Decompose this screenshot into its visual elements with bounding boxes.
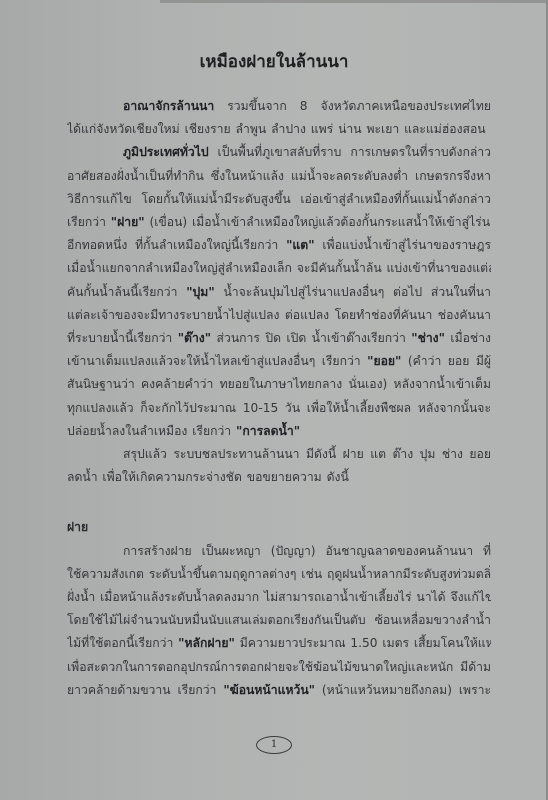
text-line: โดยใช้ไม้ไผ่จำนวนนับหมื่นนับแสนเล่มตอกเร… bbox=[67, 609, 491, 632]
document-page: เหมืองฝายในล้านนา อาณาจักรล้านนา รวมขึ้น… bbox=[0, 0, 548, 800]
text-span: ทุกแปลงแล้ว ก็จะกักไว้ประมาณ 10-15 วัน เ… bbox=[67, 401, 491, 415]
text-line: ยาวคล้ายด้ามขวาน เรียกว่า "ฆ้อนหน้าแหว้น… bbox=[67, 679, 491, 702]
text-span: ส่วนการ ปิด เปิด น้ำเข้าต๊างเรียกว่า bbox=[211, 331, 411, 345]
text-span: ที่ระบายน้ำนี้เรียกว่า bbox=[67, 331, 178, 345]
text-span: วิธีการแก้ไข โดยกั้นให้แม่น้ำมีระดับสูงข… bbox=[67, 192, 491, 206]
text-span: ฝั่งน้ำ เมื่อหน้าแล้งระดับน้ำลดลงมาก ไม่… bbox=[67, 590, 491, 604]
bold-term: "การลดน้ำ" bbox=[236, 424, 300, 438]
text-span: เข้านาเต็มแปลงแล้วจะให้น้ำไหลเข้าสู่แปลง… bbox=[67, 354, 367, 368]
paragraph-lanna-kingdom: อาณาจักรล้านนา รวมขึ้นจาก 8 จังหวัดภาคเห… bbox=[67, 95, 491, 141]
page-number: 1 bbox=[256, 736, 292, 754]
text-line: แต่ละเจ้าของจะมีทางระบายน้ำไปสู่แปลง ต่อ… bbox=[67, 304, 491, 327]
text-line: อาณาจักรล้านนา รวมขึ้นจาก 8 จังหวัดภาคเห… bbox=[67, 95, 491, 118]
text-span: น้ำจะล้นปุมไปสู่ไร่นาแปลงอื่นๆ ต่อไป ส่ว… bbox=[215, 285, 491, 299]
text-line: ได้แก่จังหวัดเชียงใหม่ เชียงราย ลำพูน ลำ… bbox=[67, 118, 491, 141]
page-title: เหมืองฝายในล้านนา bbox=[0, 48, 548, 75]
text-span: แต่ละเจ้าของจะมีทางระบายน้ำไปสู่แปลง ต่อ… bbox=[67, 308, 491, 322]
text-span: ไม้ที่ใช้ตอกนี้เรียกว่า bbox=[67, 636, 178, 650]
text-line: ไม้ที่ใช้ตอกนี้เรียกว่า "หลักฝาย" มีความ… bbox=[67, 632, 491, 655]
text-span: อีกทอดหนึ่ง ที่กั้นลำเหมืองใหญ่นี้เรียกว… bbox=[67, 238, 286, 252]
text-span: (คำว่า ยอย มีผู้ bbox=[401, 354, 491, 368]
text-line: เพื่อสะดวกในการตอกอุปกรณ์การตอกฝายจะใช้ฆ… bbox=[67, 656, 491, 679]
bold-term: "หลักฝาย" bbox=[178, 636, 235, 650]
paragraph-fai: การสร้างฝาย เป็นผะหญา (ปัญญา) อันชาญฉลาด… bbox=[67, 540, 491, 702]
text-span: ปล่อยน้ำลงในลำเหมือง เรียกว่า bbox=[67, 424, 236, 438]
text-span: เป็นพื้นที่ภูเขาสลับที่ราบ การเกษตรในที่… bbox=[209, 145, 491, 159]
section-heading-fai: ฝาย bbox=[67, 516, 491, 539]
bold-term: "ต๊าง" bbox=[178, 331, 211, 345]
text-span: เมื่อน้ำแยกจากลำเหมืองใหญ่สู่ลำเหมืองเล็… bbox=[67, 261, 491, 275]
text-line: ปล่อยน้ำลงในลำเหมือง เรียกว่า "การลดน้ำ" bbox=[67, 420, 491, 443]
paragraph-summary: สรุปแล้ว ระบบชลประทานล้านนา มีดังนี้ ฝาย… bbox=[67, 443, 491, 489]
bold-term: อาณาจักรล้านนา bbox=[123, 99, 214, 113]
text-line: เข้านาเต็มแปลงแล้วจะให้น้ำไหลเข้าสู่แปลง… bbox=[67, 350, 491, 373]
text-line: เรียกว่า "ฝาย" (เขื่อน) เมื่อน้ำเข้าลำเห… bbox=[67, 211, 491, 234]
text-line: ลดน้ำ เพื่อให้เกิดความกระจ่างชัด ขอขยายค… bbox=[67, 466, 491, 489]
text-line: ที่ระบายน้ำนี้เรียกว่า "ต๊าง" ส่วนการ ปิ… bbox=[67, 327, 491, 350]
text-span: ยาวคล้ายด้ามขวาน เรียกว่า bbox=[67, 683, 223, 697]
text-line: อาศัยสองฝั่งน้ำเป็นที่ทำกิน ซึ่งในหน้าแล… bbox=[67, 165, 491, 188]
text-span: การสร้างฝาย เป็นผะหญา (ปัญญา) อันชาญฉลาด… bbox=[123, 544, 491, 558]
text-line: การสร้างฝาย เป็นผะหญา (ปัญญา) อันชาญฉลาด… bbox=[67, 540, 491, 563]
text-line: วิธีการแก้ไข โดยกั้นให้แม่น้ำมีระดับสูงข… bbox=[67, 188, 491, 211]
bold-term: ภูมิประเทศทั่วไป bbox=[123, 145, 209, 159]
text-span: คันกั้นน้ำล้นนี้เรียกว่า bbox=[67, 285, 186, 299]
text-line: ทุกแปลงแล้ว ก็จะกักไว้ประมาณ 10-15 วัน เ… bbox=[67, 397, 491, 420]
text-span: เพื่อสะดวกในการตอกอุปกรณ์การตอกฝายจะใช้ฆ… bbox=[67, 660, 491, 674]
text-line: ใช้ความสังเกต ระดับน้ำขึ้นตามฤดูกาลต่างๆ… bbox=[67, 563, 491, 586]
text-line: ฝั่งน้ำ เมื่อหน้าแล้งระดับน้ำลดลงมาก ไม่… bbox=[67, 586, 491, 609]
scan-shadow-top bbox=[160, 0, 548, 3]
document-body: อาณาจักรล้านนา รวมขึ้นจาก 8 จังหวัดภาคเห… bbox=[67, 95, 491, 702]
bold-term: "ฝาย" bbox=[111, 215, 145, 229]
text-span: (หน้าแหว้นหมายถึงกลม) เพราะ bbox=[315, 683, 491, 697]
bold-term: "ปุม" bbox=[186, 285, 214, 299]
bold-term: "ฆ้อนหน้าแหว้น" bbox=[223, 683, 315, 697]
text-line: ภูมิประเทศทั่วไป เป็นพื้นที่ภูเขาสลับที่… bbox=[67, 141, 491, 164]
text-span: เมื่อช่าง bbox=[445, 331, 491, 345]
text-span: สันนิษฐานว่า คงคล้ายคำว่า ทยอยในภาษาไทยก… bbox=[67, 377, 491, 391]
text-span: มีความยาวประมาณ 1.50 เมตร เสี้ยมโคนให้แห… bbox=[235, 636, 491, 650]
text-line: สรุปแล้ว ระบบชลประทานล้านนา มีดังนี้ ฝาย… bbox=[67, 443, 491, 466]
text-line: เมื่อน้ำแยกจากลำเหมืองใหญ่สู่ลำเหมืองเล็… bbox=[67, 257, 491, 280]
bold-term: "ช่าง" bbox=[411, 331, 445, 345]
text-line: อีกทอดหนึ่ง ที่กั้นลำเหมืองใหญ่นี้เรียกว… bbox=[67, 234, 491, 257]
text-span: ได้แก่จังหวัดเชียงใหม่ เชียงราย ลำพูน ลำ… bbox=[67, 122, 486, 136]
text-span: (เขื่อน) เมื่อน้ำเข้าลำเหมืองใหญ่แล้วต้อ… bbox=[145, 215, 491, 229]
text-line: สันนิษฐานว่า คงคล้ายคำว่า ทยอยในภาษาไทยก… bbox=[67, 373, 491, 396]
text-span: ลดน้ำ เพื่อให้เกิดความกระจ่างชัด ขอขยายค… bbox=[67, 470, 349, 484]
paragraph-geography: ภูมิประเทศทั่วไป เป็นพื้นที่ภูเขาสลับที่… bbox=[67, 141, 491, 443]
text-span: โดยใช้ไม้ไผ่จำนวนนับหมื่นนับแสนเล่มตอกเร… bbox=[67, 613, 491, 627]
text-span: ใช้ความสังเกต ระดับน้ำขึ้นตามฤดูกาลต่างๆ… bbox=[67, 567, 491, 581]
text-span: เรียกว่า bbox=[67, 215, 111, 229]
bold-term: "ยอย" bbox=[367, 354, 401, 368]
text-span: สรุปแล้ว ระบบชลประทานล้านนา มีดังนี้ ฝาย… bbox=[123, 447, 491, 461]
text-span: เพื่อแบ่งน้ำเข้าสู่ไร่นาของราษฎร bbox=[315, 238, 491, 252]
bold-term: "แต" bbox=[286, 238, 314, 252]
text-line: คันกั้นน้ำล้นนี้เรียกว่า "ปุม" น้ำจะล้นป… bbox=[67, 281, 491, 304]
text-span: อาศัยสองฝั่งน้ำเป็นที่ทำกิน ซึ่งในหน้าแล… bbox=[67, 169, 491, 183]
text-span: รวมขึ้นจาก 8 จังหวัดภาคเหนือของประเทศไทย bbox=[214, 99, 491, 113]
